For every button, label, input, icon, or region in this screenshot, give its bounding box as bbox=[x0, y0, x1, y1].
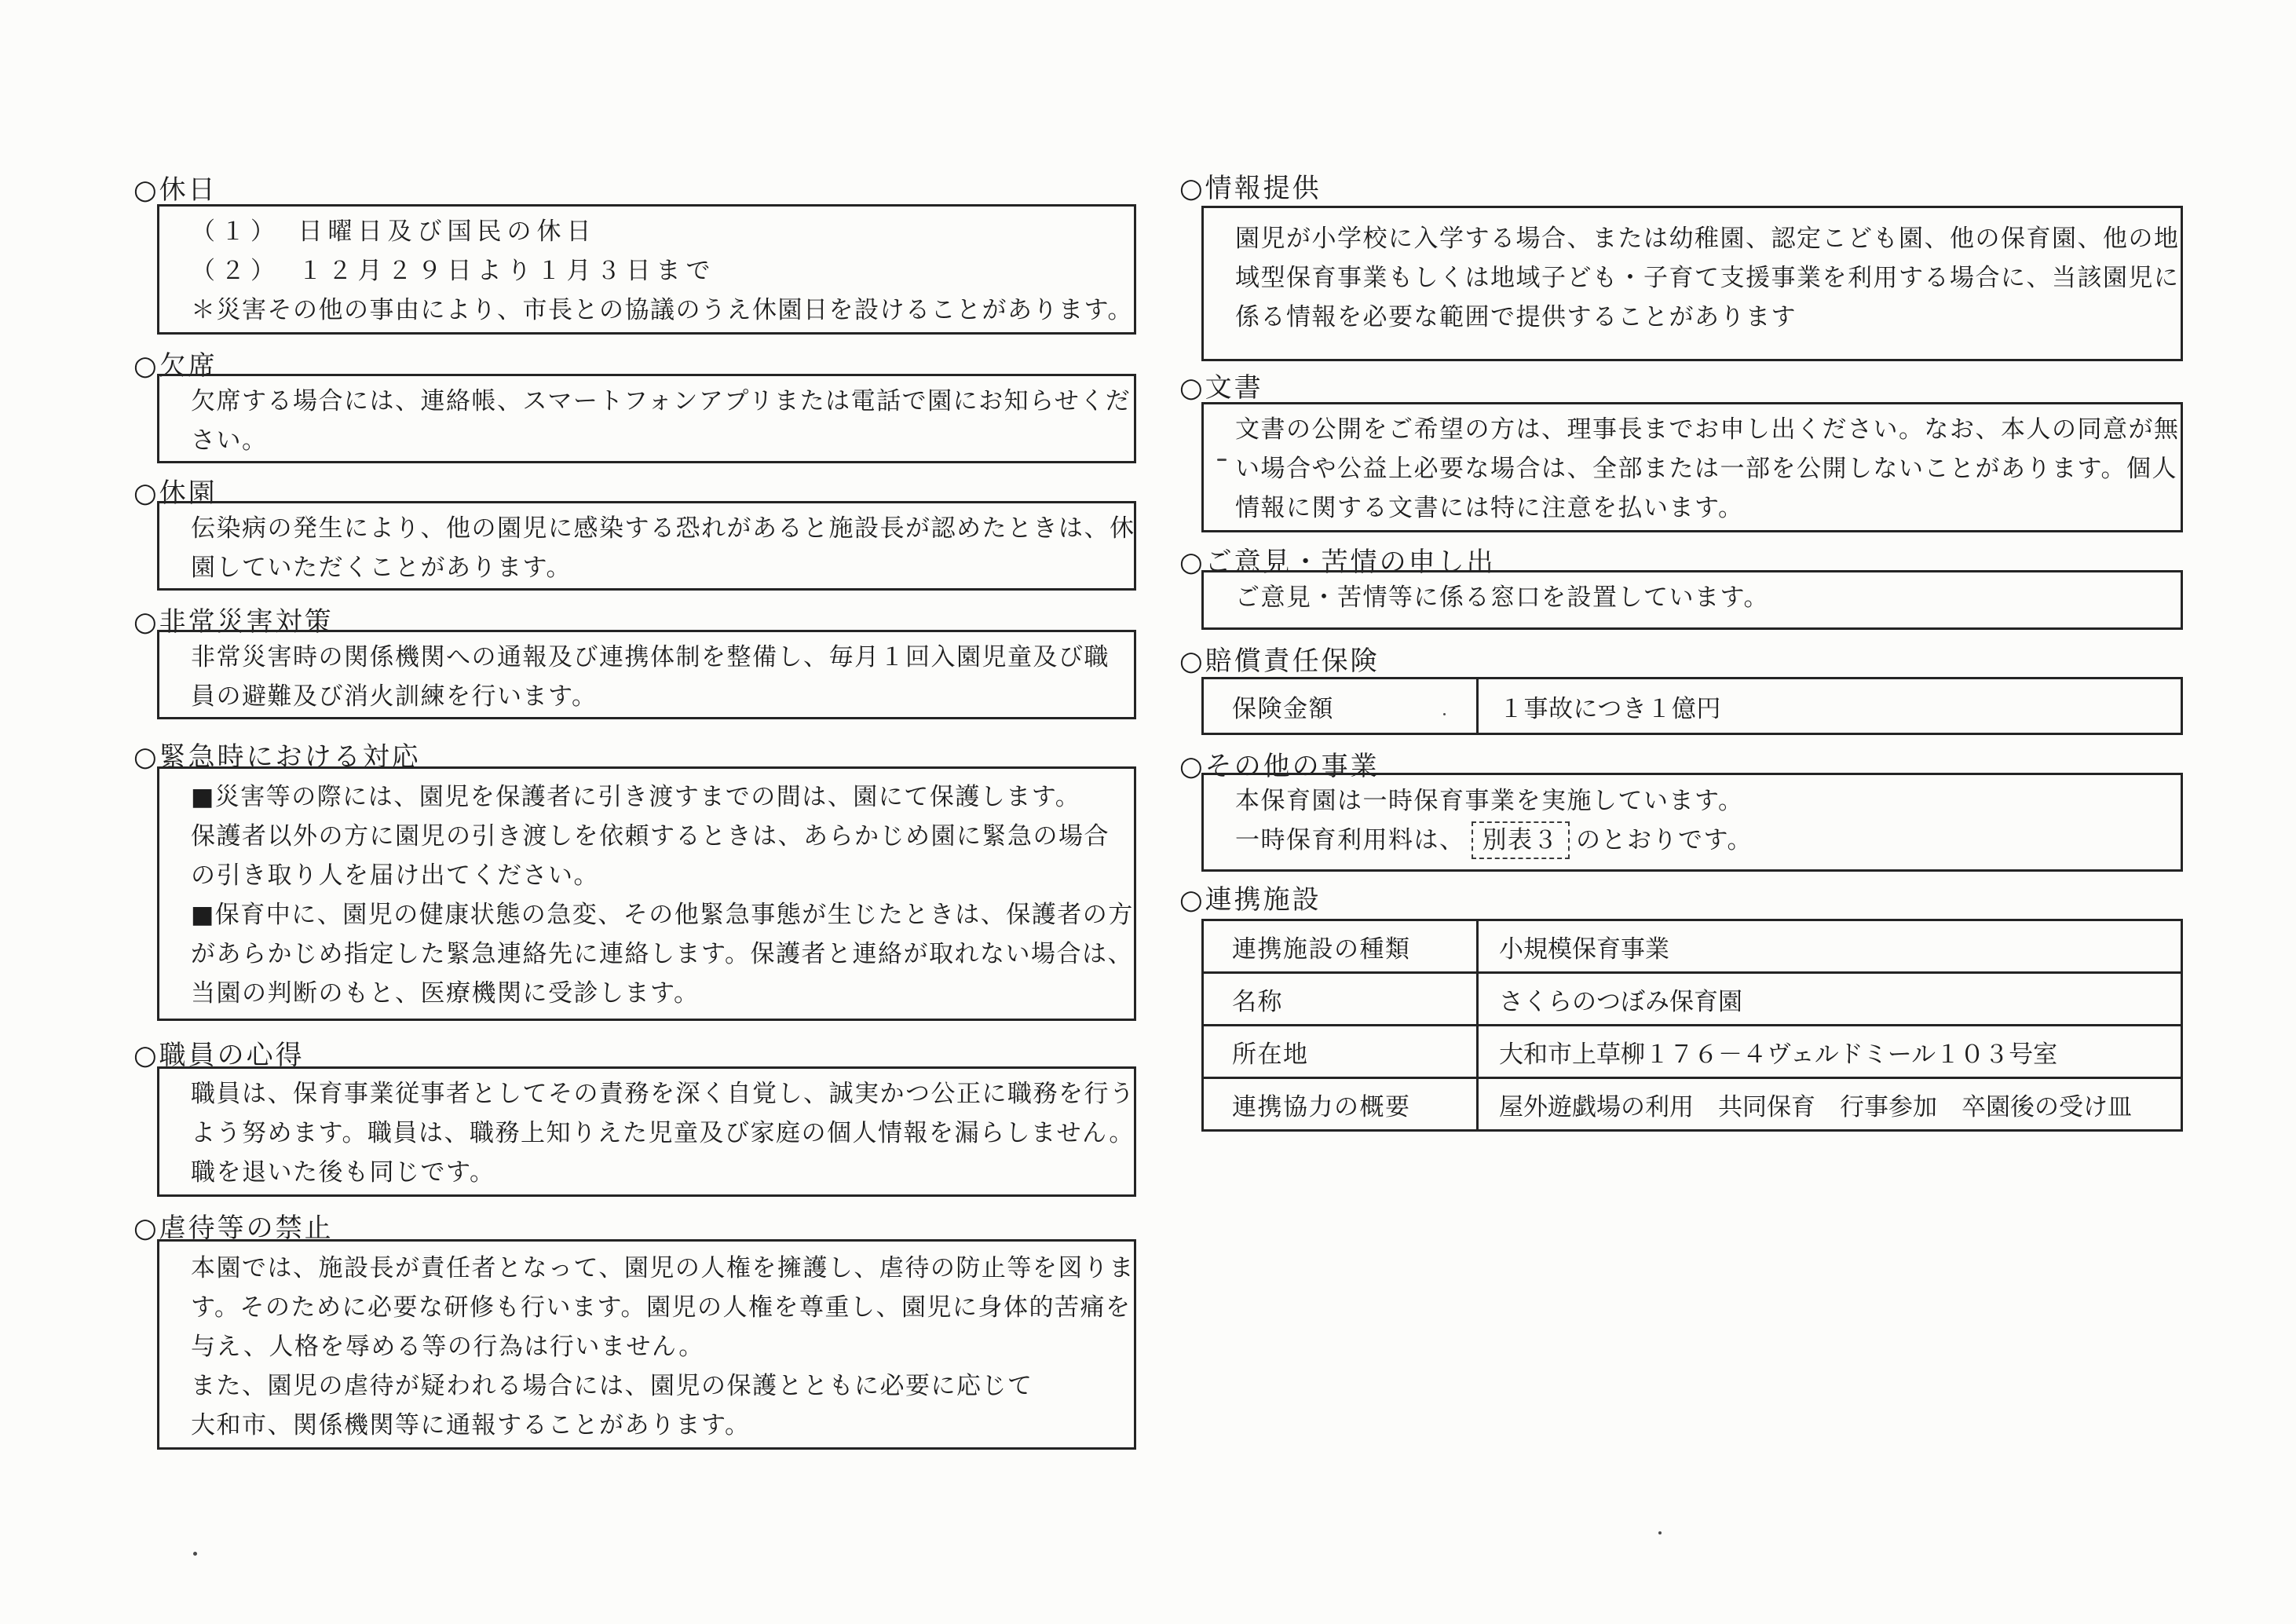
text-line: があらかじめ指定した緊急連絡先に連絡します。保護者と連絡が取れない場合は、 bbox=[159, 935, 1134, 974]
section-box-holidays: （１） 日曜日及び国民の休日 （２） １２月２９日より１月３日まで ＊災害その他… bbox=[157, 204, 1136, 335]
section-box-complaints: ご意見・苦情等に係る窓口を設置しています。 bbox=[1201, 570, 2183, 630]
text-line: い場合や公益上必要な場合は、全部または一部を公開しないことがあります。個人 bbox=[1204, 449, 2181, 488]
table-row: 保険金額 １事故につき１億円 bbox=[1204, 679, 2181, 733]
scan-speck bbox=[193, 1552, 197, 1556]
text-line: 園児が小学校に入学する場合、または幼稚園、認定こども園、他の保育園、他の地 bbox=[1204, 219, 2181, 258]
table-value-cell: 小規模保育事業 bbox=[1479, 929, 2181, 964]
text-line: 非常災害時の関係機関への通報及び連携体制を整備し、毎月１回入園児童及び職 bbox=[159, 638, 1134, 677]
text-line: 本保育園は一時保育事業を実施しています。 bbox=[1204, 781, 2181, 821]
table-value-cell: １事故につき１億円 bbox=[1479, 689, 2181, 724]
text-line: （１） 日曜日及び国民の休日 bbox=[159, 212, 1134, 251]
text-segment: 一時保育利用料は、 bbox=[1235, 826, 1465, 854]
text-line: ご意見・苦情等に係る窓口を設置しています。 bbox=[1204, 578, 2181, 617]
text-line: 係る情報を必要な範囲で提供することがあります bbox=[1204, 298, 2181, 337]
text-line: 職員は、保育事業従事者としてその責務を深く自覚し、誠実かつ公正に職務を行う bbox=[159, 1074, 1134, 1114]
table-row: 連携施設の種類 小規模保育事業 bbox=[1204, 921, 2181, 971]
table-value-cell: さくらのつぼみ保育園 bbox=[1479, 982, 2181, 1017]
text-line: さい。 bbox=[159, 421, 1134, 460]
section-box-abuse-prohibition: 本園では、施設長が責任者となって、園児の人権を擁護し、虐待の防止等を図りま す。… bbox=[157, 1239, 1136, 1450]
section-box-emergency-response: ■災害等の際には、園児を保護者に引き渡すまでの間は、園にて保護します。 保護者以… bbox=[157, 766, 1136, 1021]
text-line: 伝染病の発生により、他の園児に感染する恐れがあると施設長が認めたときは、休 bbox=[159, 509, 1134, 548]
text-line: の引き取り人を届け出てください。 bbox=[159, 856, 1134, 895]
section-box-info-provision: 園児が小学校に入学する場合、または幼稚園、認定こども園、他の保育園、他の地 域型… bbox=[1201, 206, 2183, 361]
section-heading-info-provision: ○情報提供 bbox=[1179, 166, 1322, 205]
text-line: す。そのために必要な研修も行います。園児の人権を尊重し、園児に身体的苦痛を bbox=[159, 1288, 1134, 1327]
text-line: ＊災害その他の事由により、市長との協議のうえ休園日を設けることがあります。 bbox=[159, 291, 1134, 330]
table-value-cell: 大和市上草柳１７６－４ヴェルドミール１０３号室 bbox=[1479, 1034, 2181, 1070]
text-line: 文書の公開をご希望の方は、理事長までお申し出ください。なお、本人の同意が無 bbox=[1204, 410, 2181, 449]
text-line: 園していただくことがあります。 bbox=[159, 548, 1134, 587]
section-heading-holidays: ○休日 bbox=[133, 168, 218, 207]
scan-speck bbox=[1658, 1531, 1662, 1534]
text-line: また、園児の虐待が疑われる場合には、園児の保護とともに必要に応じて bbox=[159, 1366, 1134, 1406]
text-line: 欠席する場合には、連絡帳、スマートフォンアプリまたは電話で園にお知らせくだ bbox=[159, 382, 1134, 421]
text-line: 一時保育利用料は、別表３のとおりです。 bbox=[1204, 821, 2181, 860]
section-box-documents: 文書の公開をご希望の方は、理事長までお申し出ください。なお、本人の同意が無 い場… bbox=[1201, 402, 2183, 532]
text-line: ■保育中に、園児の健康状態の急変、その他緊急事態が生じたときは、保護者の方 bbox=[159, 895, 1134, 935]
table-label-cell: 名称 bbox=[1204, 974, 1479, 1024]
section-box-absence: 欠席する場合には、連絡帳、スマートフォンアプリまたは電話で園にお知らせくだ さい… bbox=[157, 374, 1136, 463]
section-box-disaster-preparedness: 非常災害時の関係機関への通報及び連携体制を整備し、毎月１回入園児童及び職 員の避… bbox=[157, 630, 1136, 719]
table-label-cell: 所在地 bbox=[1204, 1026, 1479, 1077]
section-box-staff-conduct: 職員は、保育事業従事者としてその責務を深く自覚し、誠実かつ公正に職務を行う よう… bbox=[157, 1066, 1136, 1197]
partner-facility-table: 連携施設の種類 小規模保育事業 名称 さくらのつぼみ保育園 所在地 大和市上草柳… bbox=[1201, 919, 2183, 1132]
table-label-cell: 保険金額 bbox=[1204, 679, 1479, 733]
table-row: 名称 さくらのつぼみ保育園 bbox=[1204, 971, 2181, 1024]
text-line: ■災害等の際には、園児を保護者に引き渡すまでの間は、園にて保護します。 bbox=[159, 777, 1134, 817]
text-line: よう努めます。職員は、職務上知りえた児童及び家庭の個人情報を漏らしません。 bbox=[159, 1114, 1134, 1153]
scan-speck bbox=[1217, 459, 1227, 461]
section-heading-liability-insurance: ○賠償責任保険 bbox=[1179, 639, 1380, 678]
text-line: 職を退いた後も同じです。 bbox=[159, 1153, 1134, 1192]
section-box-closure: 伝染病の発生により、他の園児に感染する恐れがあると施設長が認めたときは、休 園し… bbox=[157, 501, 1136, 591]
text-line: （２） １２月２９日より１月３日まで bbox=[159, 251, 1134, 291]
text-line: 当園の判断のもと、医療機関に受診します。 bbox=[159, 974, 1134, 1013]
section-box-other-services: 本保育園は一時保育事業を実施しています。 一時保育利用料は、別表３のとおりです。 bbox=[1201, 773, 2183, 872]
text-line: 大和市、関係機関等に通報することがあります。 bbox=[159, 1406, 1134, 1445]
section-heading-partner-facility: ○連携施設 bbox=[1179, 878, 1322, 916]
scan-speck bbox=[1443, 713, 1446, 715]
table-row: 所在地 大和市上草柳１７６－４ヴェルドミール１０３号室 bbox=[1204, 1024, 2181, 1077]
text-line: 与え、人格を辱める等の行為は行いません。 bbox=[159, 1327, 1134, 1366]
scan-speck bbox=[1008, 1311, 1011, 1315]
text-segment: のとおりです。 bbox=[1576, 826, 1753, 854]
liability-insurance-table: 保険金額 １事故につき１億円 bbox=[1201, 677, 2183, 735]
text-line: 保護者以外の方に園児の引き渡しを依頼するときは、あらかじめ園に緊急の場合 bbox=[159, 817, 1134, 856]
section-heading-documents: ○文書 bbox=[1179, 366, 1263, 404]
text-line: 域型保育事業もしくは地域子ども・子育て支援事業を利用する場合に、当該園児に bbox=[1204, 258, 2181, 298]
table-label-cell: 連携協力の概要 bbox=[1204, 1079, 1479, 1129]
appendix-3-reference-box: 別表３ bbox=[1472, 821, 1570, 859]
text-line: 情報に関する文書には特に注意を払います。 bbox=[1204, 488, 2181, 528]
table-row: 連携協力の概要 屋外遊戯場の利用 共同保育 行事参加 卒園後の受け皿 bbox=[1204, 1077, 2181, 1129]
scanned-document-page: ○休日 （１） 日曜日及び国民の休日 （２） １２月２９日より１月３日まで ＊災… bbox=[0, 0, 2296, 1624]
text-line: 員の避難及び消火訓練を行います。 bbox=[159, 677, 1134, 716]
table-label-cell: 連携施設の種類 bbox=[1204, 921, 1479, 971]
text-line: 本園では、施設長が責任者となって、園児の人権を擁護し、虐待の防止等を図りま bbox=[159, 1249, 1134, 1288]
table-value-cell: 屋外遊戯場の利用 共同保育 行事参加 卒園後の受け皿 bbox=[1479, 1087, 2181, 1122]
